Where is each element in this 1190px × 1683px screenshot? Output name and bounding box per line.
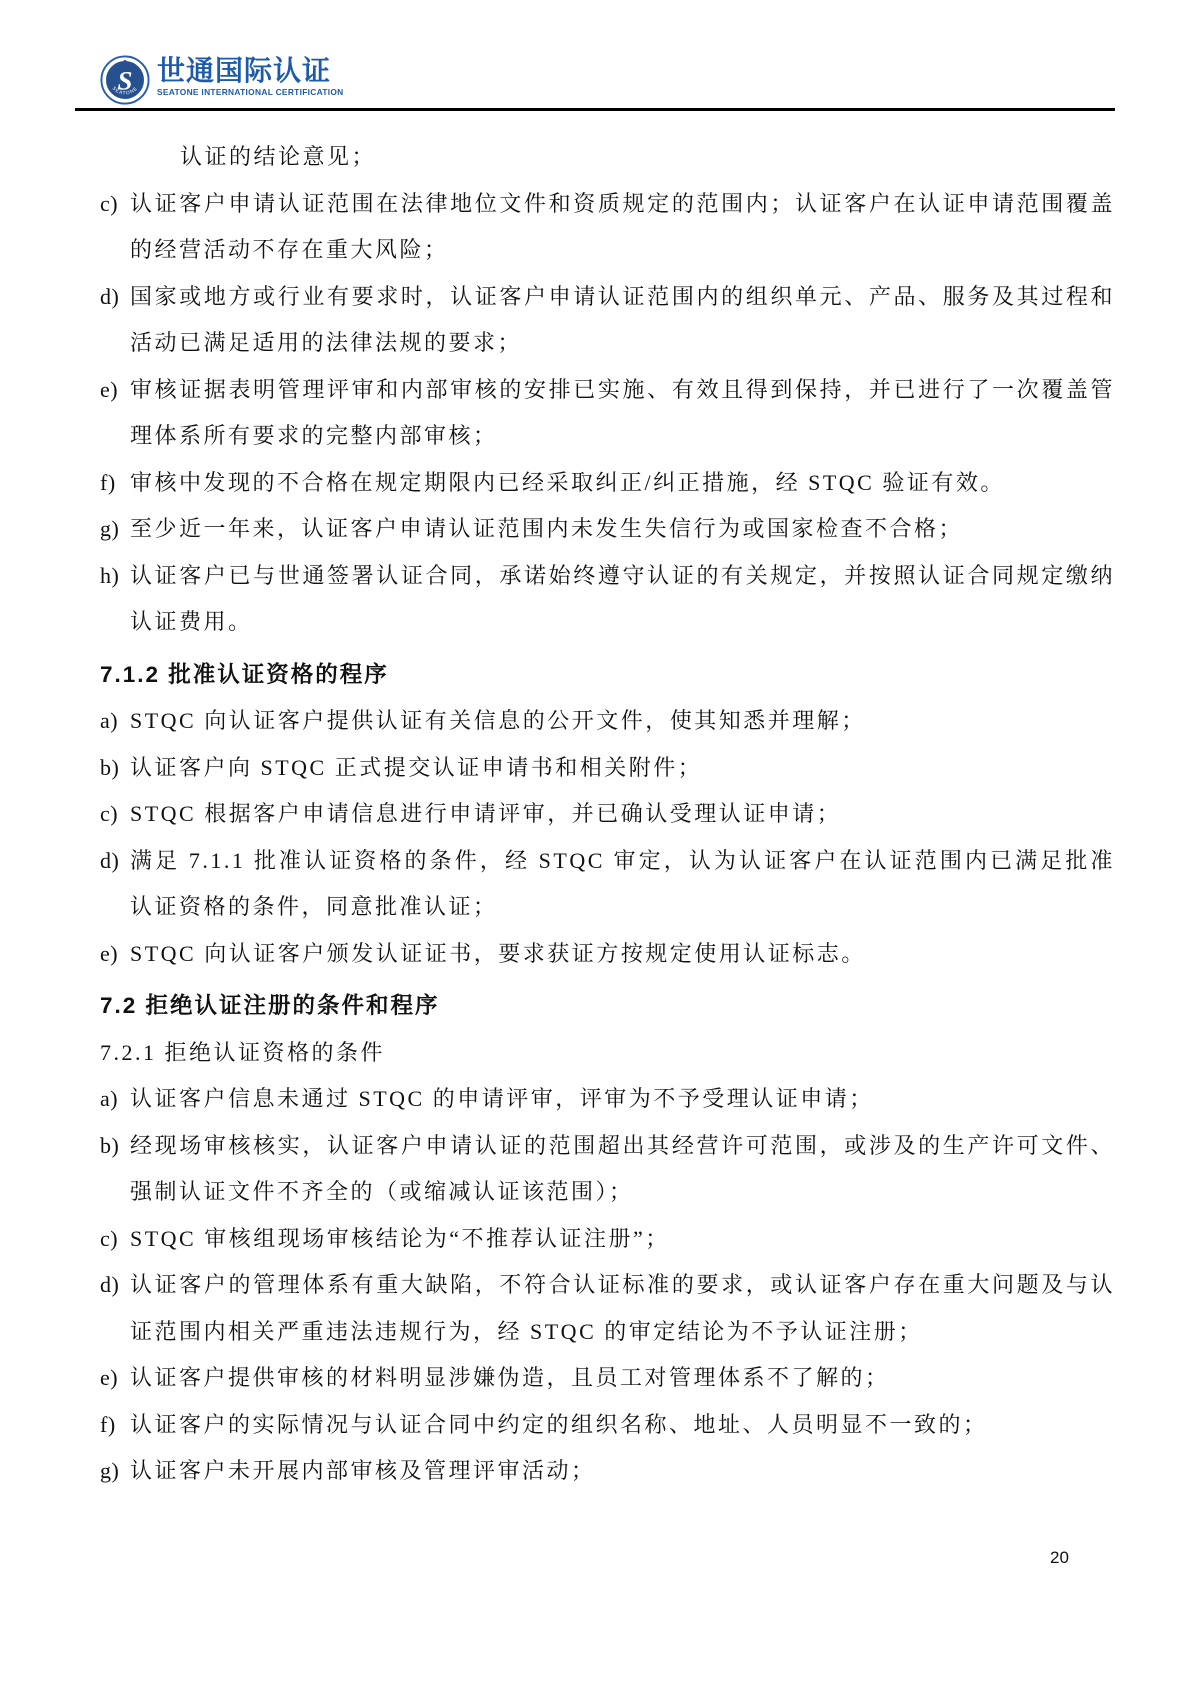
- company-logo: S SEATONE 世通国际认证 SEATONE INTERNATIONAL C…: [100, 55, 344, 105]
- list-item-text: STQC 审核组现场审核结论为“不推荐认证注册”；: [130, 1216, 1115, 1263]
- section-heading: 7.1.2 批准认证资格的程序: [100, 652, 1115, 699]
- list-item-text: 认证客户未开展内部审核及管理评审活动；: [130, 1448, 1115, 1495]
- list-item-letter: e): [100, 367, 130, 460]
- list-item-letter: d): [100, 274, 130, 367]
- page-number: 20: [1050, 1548, 1069, 1568]
- list-item-letter: a): [100, 1076, 130, 1123]
- list-item: b)经现场审核核实，认证客户申请认证的范围超出其经营许可范围，或涉及的生产许可文…: [100, 1123, 1115, 1216]
- list-item: d)认证客户的管理体系有重大缺陷，不符合认证标准的要求，或认证客户存在重大问题及…: [100, 1262, 1115, 1355]
- list-item-letter: a): [100, 698, 130, 745]
- list-item-letter: g): [100, 506, 130, 553]
- list-item: f)审核中发现的不合格在规定期限内已经采取纠正/纠正措施，经 STQC 验证有效…: [100, 460, 1115, 507]
- list-item-letter: d): [100, 1262, 130, 1355]
- document-body: 认证的结论意见；c)认证客户申请认证范围在法律地位文件和资质规定的范围内；认证客…: [100, 134, 1115, 1495]
- brand-name-cn: 世通国际认证: [157, 55, 344, 87]
- list-item-text: 认证客户向 STQC 正式提交认证申请书和相关附件；: [130, 745, 1115, 792]
- list-item-text: 满足 7.1.1 批准认证资格的条件，经 STQC 审定，认为认证客户在认证范围…: [130, 838, 1115, 931]
- list-item-letter: e): [100, 1355, 130, 1402]
- list-item: h)认证客户已与世通签署认证合同，承诺始终遵守认证的有关规定，并按照认证合同规定…: [100, 553, 1115, 646]
- list-item: b)认证客户向 STQC 正式提交认证申请书和相关附件；: [100, 745, 1115, 792]
- list-item-letter: g): [100, 1448, 130, 1495]
- document-page: S SEATONE 世通国际认证 SEATONE INTERNATIONAL C…: [0, 0, 1190, 1683]
- list-item-letter: c): [100, 181, 130, 274]
- list-item-text: STQC 向认证客户颁发认证证书，要求获证方按规定使用认证标志。: [130, 931, 1115, 978]
- list-item-text: STQC 根据客户申请信息进行申请评审，并已确认受理认证申请；: [130, 791, 1115, 838]
- list-item: f)认证客户的实际情况与认证合同中约定的组织名称、地址、人员明显不一致的；: [100, 1402, 1115, 1449]
- list-item-letter: d): [100, 838, 130, 931]
- brand-name-en: SEATONE INTERNATIONAL CERTIFICATION: [157, 87, 344, 97]
- list-item-text: 认证客户的管理体系有重大缺陷，不符合认证标准的要求，或认证客户存在重大问题及与认…: [130, 1262, 1115, 1355]
- list-item-letter: b): [100, 745, 130, 792]
- logo-badge-icon: S SEATONE: [100, 55, 150, 105]
- header-divider: [75, 108, 1115, 111]
- list-item-text: 认证客户提供审核的材料明显涉嫌伪造，且员工对管理体系不了解的；: [130, 1355, 1115, 1402]
- list-item-text: 审核中发现的不合格在规定期限内已经采取纠正/纠正措施，经 STQC 验证有效。: [130, 460, 1115, 507]
- list-item: g)认证客户未开展内部审核及管理评审活动；: [100, 1448, 1115, 1495]
- list-item: c)认证客户申请认证范围在法律地位文件和资质规定的范围内；认证客户在认证申请范围…: [100, 181, 1115, 274]
- list-item-text: 审核证据表明管理评审和内部审核的安排已实施、有效且得到保持，并已进行了一次覆盖管…: [130, 367, 1115, 460]
- list-item-letter: c): [100, 1216, 130, 1263]
- list-item: e)审核证据表明管理评审和内部审核的安排已实施、有效且得到保持，并已进行了一次覆…: [100, 367, 1115, 460]
- list-item: a)认证客户信息未通过 STQC 的申请评审，评审为不予受理认证申请；: [100, 1076, 1115, 1123]
- continuation-line: 认证的结论意见；: [100, 134, 1115, 181]
- list-item-text: 至少近一年来，认证客户申请认证范围内未发生失信行为或国家检查不合格；: [130, 506, 1115, 553]
- list-item-letter: h): [100, 553, 130, 646]
- section-heading: 7.2 拒绝认证注册的条件和程序: [100, 983, 1115, 1030]
- list-item-text: STQC 向认证客户提供认证有关信息的公开文件，使其知悉并理解；: [130, 698, 1115, 745]
- list-item-letter: c): [100, 791, 130, 838]
- list-item: e)认证客户提供审核的材料明显涉嫌伪造，且员工对管理体系不了解的；: [100, 1355, 1115, 1402]
- list-item: c)STQC 审核组现场审核结论为“不推荐认证注册”；: [100, 1216, 1115, 1263]
- list-item: a)STQC 向认证客户提供认证有关信息的公开文件，使其知悉并理解；: [100, 698, 1115, 745]
- list-item-text: 国家或地方或行业有要求时，认证客户申请认证范围内的组织单元、产品、服务及其过程和…: [130, 274, 1115, 367]
- list-item-text: 认证客户已与世通签署认证合同，承诺始终遵守认证的有关规定，并按照认证合同规定缴纳…: [130, 553, 1115, 646]
- list-item-letter: f): [100, 1402, 130, 1449]
- list-item-letter: e): [100, 931, 130, 978]
- list-item-text: 认证客户信息未通过 STQC 的申请评审，评审为不予受理认证申请；: [130, 1076, 1115, 1123]
- list-item: c)STQC 根据客户申请信息进行申请评审，并已确认受理认证申请；: [100, 791, 1115, 838]
- subsection-heading: 7.2.1 拒绝认证资格的条件: [100, 1030, 1115, 1077]
- brand-text: 世通国际认证 SEATONE INTERNATIONAL CERTIFICATI…: [157, 55, 344, 97]
- list-item-letter: f): [100, 460, 130, 507]
- list-item: d)国家或地方或行业有要求时，认证客户申请认证范围内的组织单元、产品、服务及其过…: [100, 274, 1115, 367]
- list-item-text: 经现场审核核实，认证客户申请认证的范围超出其经营许可范围，或涉及的生产许可文件、…: [130, 1123, 1115, 1216]
- list-item: d)满足 7.1.1 批准认证资格的条件，经 STQC 审定，认为认证客户在认证…: [100, 838, 1115, 931]
- list-item-letter: b): [100, 1123, 130, 1216]
- list-item: e)STQC 向认证客户颁发认证证书，要求获证方按规定使用认证标志。: [100, 931, 1115, 978]
- list-item-text: 认证客户的实际情况与认证合同中约定的组织名称、地址、人员明显不一致的；: [130, 1402, 1115, 1449]
- list-item-text: 认证客户申请认证范围在法律地位文件和资质规定的范围内；认证客户在认证申请范围覆盖…: [130, 181, 1115, 274]
- list-item: g)至少近一年来，认证客户申请认证范围内未发生失信行为或国家检查不合格；: [100, 506, 1115, 553]
